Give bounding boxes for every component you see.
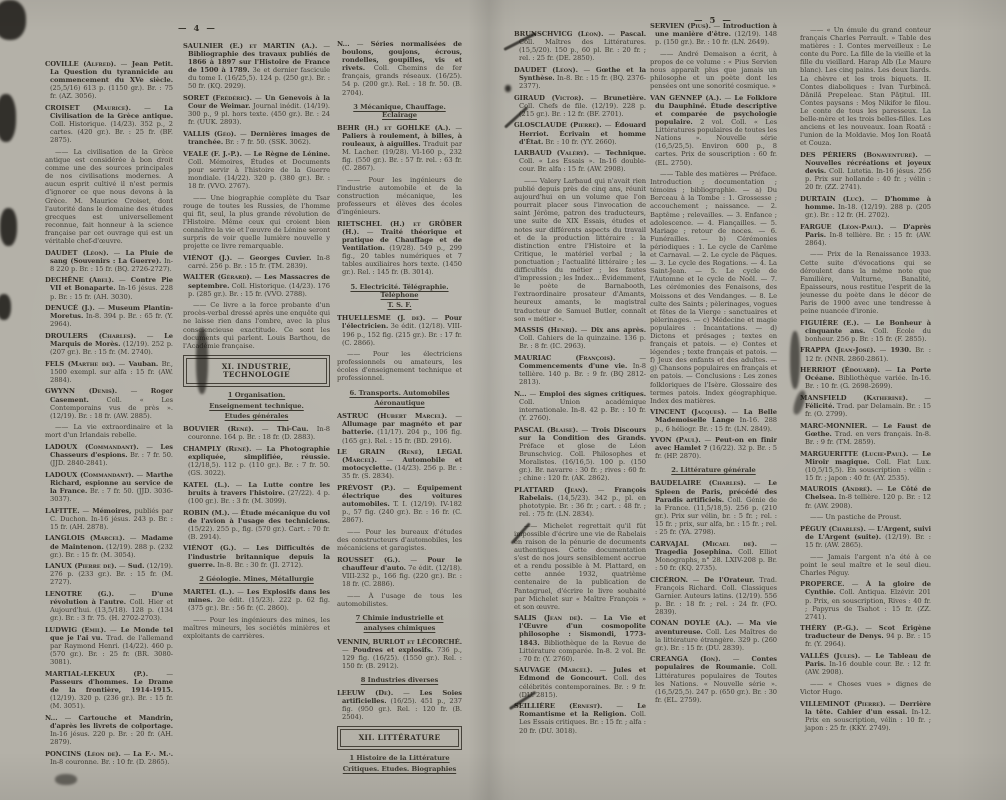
entry-author: MAURIAC (François).	[514, 354, 615, 362]
catalog-entry: ASTRUC (Hubert Marcel). — Allumage par m…	[337, 412, 462, 444]
section-heading-text: 8 Industries diverses	[361, 676, 438, 684]
entry-title: Emploi des signes critiques.	[539, 390, 646, 398]
catalog-entry: THÉRY (P.-G.). — Scot Érigène traducteur…	[800, 624, 931, 648]
entry-author: DENUCÉ (J.).	[45, 304, 95, 312]
section-heading-line: Etudes générales	[183, 412, 330, 420]
entry-title: Vauban.	[129, 360, 159, 368]
catalog-entry: FARGUE (Léon-Paul). — D'après Paris. In-…	[800, 223, 931, 247]
entry-author: SAULNIER (E.) et MARTIN (A.).	[183, 42, 317, 50]
entry-author: CARVAJAL (Micael de).	[650, 540, 757, 548]
section-heading-line: 7 Chimie industrielle et	[337, 614, 462, 622]
entry-author: PRÉVOST (P.).	[337, 484, 395, 492]
entry-author: YVON (Paul).	[650, 436, 701, 444]
section-heading-text: 7 Chimie industrielle et	[356, 614, 444, 622]
entry-author: DROULERS (Charles).	[45, 332, 136, 340]
section-title-box: XII. LITTÉRATURE	[340, 729, 459, 747]
entry-author: VALLIS (Géo).	[183, 130, 236, 138]
entry-author: N...	[337, 40, 349, 48]
catalog-entry: LAFITTE. — Mémoires, publiés par C. Duch…	[45, 507, 173, 531]
page4-column-1: COVILLE (Alfred). — Jean Petit. La Quest…	[45, 60, 173, 774]
entry-author: LENOTRE (G.).	[45, 590, 114, 598]
ink-stain	[0, 0, 26, 40]
ink-stain	[55, 774, 77, 785]
entry-title: Bibliographie des travaux publiés de 186…	[188, 50, 330, 74]
page-number-left: — 4 —	[178, 24, 217, 34]
catalog-entry: CICÉRON. — De l'Orateur. Trad. François …	[650, 576, 777, 616]
catalog-entry: DECHÊNE (Abel). — Contre Pie VII et Bona…	[45, 276, 173, 300]
entry-title: Paliers à roulement, à billes, à rouleau…	[342, 132, 462, 148]
page5-column-1: BRUNSCHVICG (Léon). — Pascal. Coll. Maît…	[514, 30, 646, 778]
entry-author: CICÉRON.	[650, 576, 688, 584]
entry-author: THUELLESME (J. de).	[337, 314, 425, 322]
entry-annotation: —— À l'usage de tous les automobilistes.	[337, 592, 462, 608]
catalog-entry: VENNIN, BURLOT et LÉCORCHÉ. — Poudres et…	[337, 638, 462, 670]
catalog-entry: PLATTARD (Jean). — François Rabelais. (1…	[514, 486, 646, 518]
section-heading-line: 3 Mécanique, Chauffage. Eclairage	[337, 103, 462, 119]
entry-author: SAUVAGE (Marcel).	[514, 666, 592, 674]
catalog-entry: MANSFIELD (Katherine). — Félicité. Trad.…	[800, 394, 931, 418]
entry-author: VINCENT (Jacques).	[650, 408, 726, 416]
section-heading: 3 Mécanique, Chauffage. Eclairage	[337, 103, 462, 119]
section-heading-text: 3 Mécanique, Chauffage. Eclairage	[353, 103, 445, 119]
entry-author: MASSIS (Henri).	[514, 326, 577, 334]
catalog-entry: FELS (Marthe de). — Vauban. Br., 1500 ex…	[45, 360, 173, 384]
section-heading-text: 2 Géologie. Mines, Métallurgie	[199, 575, 314, 583]
entry-author: LANGLOIS (Marcel).	[45, 534, 125, 542]
catalog-entry: LANUX (Pierre de). — Sud. (12/19). 276 p…	[45, 562, 173, 586]
catalog-entry: ROBIN (M.). — Étude mécanique du vol de …	[183, 509, 330, 541]
entry-author: SEILLIÈRE (Ernest).	[514, 702, 602, 710]
catalog-entry: THUELLESME (J. de). — Pour l'électricien…	[337, 314, 462, 346]
entry-author: LANUX (Pierre de).	[45, 562, 117, 570]
entry-annotation: —— Pour les ingénieurs des mines, les ma…	[183, 616, 330, 640]
entry-author: BAUDELAIRE (Charles).	[650, 479, 746, 487]
catalog-entry: VILLEMINOT (Pierre). — Derrière la tête.…	[800, 700, 931, 732]
section-heading-text: Etudes générales	[225, 412, 289, 420]
catalog-entry: LARBAUD (Valéry). — Technique. Coll. « L…	[514, 149, 646, 173]
catalog-entry: VIÉNOT (G.). — Les Difficultés de l'indu…	[183, 544, 330, 568]
catalog-entry: GIRAUD (Victor). — Brunetière. Coll. Che…	[514, 94, 646, 118]
entry-title: Georges Cuvier.	[250, 254, 312, 262]
catalog-entry: VALLIS (Géo). — Dernières images de tran…	[183, 130, 330, 146]
entry-title: Passeurs d'hommes. Le Drame de la fronti…	[50, 678, 173, 694]
section-heading: 2 Géologie. Mines, Métallurgie	[183, 575, 330, 583]
catalog-entry: BAUDELAIRE (Charles). — Le Spleen de Par…	[650, 479, 777, 536]
catalog-entry: MARTEL (L.). — Les Explosifs dans les mi…	[183, 588, 330, 612]
catalog-entry: LANGLOIS (Marcel). — Madame de Maintenon…	[45, 534, 173, 558]
catalog-entry: MARTIAL-LEKEUX (P.). — Passeurs d'hommes…	[45, 670, 173, 710]
section-heading-line: 6. Transports. Automobiles	[337, 389, 462, 397]
entry-title: Allumage par magnéto et par batterie.	[342, 420, 462, 436]
catalog-entry: DURTAIN (Luc). — D'homme à homme. In-18.…	[800, 195, 931, 219]
ink-stain	[790, 331, 800, 389]
entry-author: DAUDET (Léon).	[45, 249, 109, 257]
entry-author: VEALE (F. J.-P.).	[183, 150, 242, 158]
entry-author: VAN GENNEP (A.).	[650, 94, 721, 102]
catalog-entry: CONAN DOYLE (A.). — Ma vie aventureuse. …	[650, 619, 777, 651]
entry-annotation: —— La civilisation de la Grèce antique e…	[45, 148, 173, 245]
catalog-entry: MASSIS (Henri). — Dix ans après. Coll. C…	[514, 326, 646, 350]
catalog-entry: N... — Emploi des signes critiques. Coll…	[514, 390, 646, 422]
section-heading-text: Aéronautique	[374, 399, 424, 407]
entry-author: LADOUX (Commandant).	[45, 443, 139, 451]
entry-author: GIRAUD (Victor).	[514, 94, 584, 102]
entry-annotation: —— André Demaison a écrit, à propos de c…	[650, 50, 777, 90]
catalog-entry: PONCINS (Léon de). — La F.·. M.·. In-8 c…	[45, 750, 173, 766]
catalog-entry: WALTER (Gérard). — Les Massacres de sept…	[183, 273, 330, 297]
entry-title: Félicité.	[805, 402, 835, 410]
catalog-entry: CREANGA (Ion). — Contes populaires de Ro…	[650, 655, 777, 704]
entry-title: Dix ans après.	[591, 326, 646, 334]
section-heading-text: 5. Electricité. Télégraphie. Téléphone	[350, 283, 448, 299]
catalog-entry: MAURIAC (François). — Commencements d'un…	[514, 354, 646, 386]
page4-column-2: SAULNIER (E.) et MARTIN (A.). — Bibliogr…	[183, 42, 330, 776]
entry-author: THÉRY (P.-G.).	[800, 624, 858, 632]
page5-column-3: —— « Un émule du grand conteur français …	[800, 26, 931, 796]
catalog-entry: RIETSCHEL (H.) et GRÖBER (H.). — Traité …	[337, 220, 462, 277]
entry-author: BOUVIER (René).	[183, 425, 254, 433]
catalog-entry: N... — Cartouche et Mandrin, d'après les…	[45, 714, 173, 746]
section-heading-line: 2. Littérature générale	[650, 466, 777, 474]
entry-author: MAUROIS (André).	[800, 485, 872, 493]
entry-title: Traité théorique et pratique de Chauffag…	[342, 228, 462, 252]
entry-author: VIÉNOT (G.).	[183, 544, 236, 552]
entry-title: Commencements d'une vie.	[519, 362, 627, 370]
catalog-entry: PRÉVOST (P.). — Équipement électrique de…	[337, 484, 462, 524]
catalog-entry: YVON (Paul). — Peut-on en finir avec Ham…	[650, 436, 777, 460]
entry-annotation: —— Prix de la Renaissance 1933. Cette su…	[800, 250, 931, 315]
catalog-entry: BOUVIER (René). — Thi-Cau. In-8 couronne…	[183, 425, 330, 441]
section-heading-line: T. S. F.	[337, 301, 462, 309]
entry-title: Sud.	[128, 562, 145, 570]
entry-title: Le Règne de Lénine.	[254, 150, 331, 158]
section-heading-line: analyses chimiques	[337, 624, 462, 632]
section-heading-text: T. S. F.	[387, 301, 411, 309]
catalog-entry: VAN GENNEP (A.). — Le Folklore du Dauphi…	[650, 94, 777, 167]
entry-author: LAFITTE.	[45, 507, 80, 515]
catalog-entry: LEEUW (De). — Les Soies artificielles. (…	[337, 689, 462, 721]
entry-author: MARGUERITTE (Lucie-Paul).	[800, 450, 908, 458]
entry-author: N...	[514, 390, 526, 398]
section-heading-line: Enseignement technique.	[183, 402, 330, 410]
catalog-entry: SORET (Frédéric). — Un Genevois à la Cou…	[183, 94, 330, 126]
catalog-entry: CHAMPLY (René). — La Photographie expliq…	[183, 445, 330, 477]
entry-author: ROUSSET (G.).	[337, 556, 400, 564]
entry-title: Thi-Cau.	[277, 425, 309, 433]
section-heading-line: 5. Electricité. Télégraphie. Téléphone	[337, 283, 462, 299]
entry-author: SORET (Frédéric).	[183, 94, 252, 102]
entry-author: ROBIN (M.).	[183, 509, 230, 517]
section-heading-line: 8 Industries diverses	[337, 676, 462, 684]
ink-stain	[196, 328, 208, 394]
catalog-entry: LUDWIG (Emil). — Le Monde tel que je l'a…	[45, 626, 173, 666]
entry-title: La F.·. M.·.	[133, 750, 173, 758]
entry-author: MARC-MONNIER.	[800, 422, 867, 430]
entry-author: KATEL (L.).	[183, 481, 230, 489]
catalog-entry: VINCENT (Jacques). — La Belle Mademoisel…	[650, 408, 777, 432]
entry-annotation: —— « Un émule du grand conteur français …	[800, 26, 931, 147]
entry-author: DAUDET (Léon).	[514, 66, 578, 74]
entry-annotation: —— Une biographie complète du Tsar rouge…	[183, 194, 330, 251]
ink-stain	[0, 208, 17, 246]
section-heading: 2. Littérature générale	[650, 466, 777, 474]
entry-annotation: —— Valery Larbaud qui n'avait rien publi…	[514, 177, 646, 323]
catalog-entry: SAULNIER (E.) et MARTIN (A.). — Bibliogr…	[183, 42, 330, 91]
entry-author: CONAN DOYLE (A.).	[650, 619, 732, 627]
catalog-entry: LENOTRE (G.). — D'une révolution à l'aut…	[45, 590, 173, 622]
section-heading-line: 1 Histoire de la Littérature	[337, 754, 462, 762]
entry-annotation: —— Pour les électriciens professionnels …	[337, 350, 462, 382]
entry-annotation: —— Un pastiche de Proust.	[800, 513, 931, 521]
entry-author: PÉGUY (Charles).	[800, 525, 866, 533]
entry-author: HERRIOT (Édouard).	[800, 366, 880, 374]
catalog-entry: DAUDET (Léon). — Gœthe et la Synthèse. I…	[514, 66, 646, 90]
entry-author: PLATTARD (Jean).	[514, 486, 588, 494]
catalog-entry: SERVIEN (Pius). — Introduction à une man…	[650, 22, 777, 46]
catalog-entry: PROPERCE. — À la gloire de Cynthie. Coll…	[800, 580, 931, 620]
entry-author: PROPERCE.	[800, 580, 844, 588]
catalog-entry: ROUSSET (G.). — Pour le chauffeur d'auto…	[337, 556, 462, 588]
entry-title: Nouvelles récréations et joyeux devis.	[805, 159, 931, 175]
page4-column-3: N... — Séries normalisées de boulons, go…	[337, 40, 462, 776]
section-heading-text: 2. Littérature générale	[671, 466, 755, 474]
catalog-entry: DAUDET (Léon). — La Pluie de sang (Souve…	[45, 249, 173, 273]
ink-stain	[0, 94, 16, 142]
entry-annotation: —— Pour les ingénieurs de l'industrie au…	[337, 176, 462, 216]
catalog-entry: MARC-MONNIER. — Le Faust de Gœthe. Trad.…	[800, 422, 931, 446]
section-heading-line: 2 Géologie. Mines, Métallurgie	[183, 575, 330, 583]
catalog-entry: HERRIOT (Édouard). — La Porte Océane. Bi…	[800, 366, 931, 390]
catalog-entry: N... — Séries normalisées de boulons, go…	[337, 40, 462, 97]
catalog-entry: FRAPPA (Jean-José). — 1930. Br. : 12 fr.…	[800, 346, 931, 362]
entry-author: GWYNN (Denis).	[45, 387, 117, 395]
section-heading: 1 Histoire de la LittératureCritiques. E…	[337, 754, 462, 773]
catalog-entry: LE GRAIN (René), LEGAL (Marcel). — Autom…	[337, 448, 462, 480]
catalog-entry: SALIS (Jean de). — La Vie et l'Œuvre d'u…	[514, 614, 646, 663]
scanned-catalog-spread: — 4 — — 5 — COVILLE (Alfred). — Jean Pet…	[0, 0, 1006, 800]
catalog-entry: DROULERS (Charles). — Le Marquis de Morè…	[45, 332, 173, 356]
catalog-entry: PASCAL (Blaise). — Trois Discours sur la…	[514, 426, 646, 483]
entry-author: MARTIAL-LEKEUX (P.).	[45, 670, 148, 678]
entry-author: VILLEMINOT (Pierre).	[800, 700, 885, 708]
entry-author: GLOSCLAUDE (Pierre).	[514, 121, 602, 129]
entry-author: FELS (Marthe de).	[45, 360, 115, 368]
catalog-entry: LADOUX (Commandant). — Les Chasseurs d'e…	[45, 443, 173, 467]
entry-annotation: —— Jamais l'argent n'a été à ce point le…	[800, 553, 931, 577]
catalog-entry: VALLÈS (Jules). — Le Tableau de Paris. I…	[800, 652, 931, 676]
ink-stain	[0, 294, 11, 320]
section-heading-line: 1 Organisation.	[183, 391, 330, 399]
entry-annotation: —— Table des matières — Préface. Introdu…	[650, 170, 777, 405]
entry-author: ASTRUC (Hubert Marcel).	[337, 412, 447, 420]
catalog-entry: COVILLE (Alfred). — Jean Petit. La Quest…	[45, 60, 173, 100]
entry-annotation: —— Michelet regrettait qu'il fût impossi…	[514, 522, 646, 611]
catalog-entry: FIGUIÈRE (E.). — Le Bonheur à cinquante …	[800, 319, 931, 343]
catalog-entry: SEILLIÈRE (Ernest). — Le Romantisme et l…	[514, 702, 646, 734]
section-heading-text: analyses chimiques	[364, 624, 436, 632]
entry-author: FRAPPA (Jean-José).	[800, 346, 876, 354]
entry-author: DES PÉRIERS (Bonaventure).	[800, 151, 918, 159]
catalog-entry: VIÉNOT (J.). — Georges Cuvier. In-8 carr…	[183, 254, 330, 270]
section-heading-text: 1 Histoire de la Littérature	[349, 754, 449, 762]
section-heading: 8 Industries diverses	[337, 676, 462, 684]
catalog-entry: CARVAJAL (Micael de). — Tragedia Josephi…	[650, 540, 777, 572]
entry-title: Brunetière.	[603, 94, 646, 102]
catalog-entry: LADOUX (Commandant). — Marthe Richard, e…	[45, 471, 173, 503]
entry-title: Pascal.	[620, 30, 646, 38]
ink-stain	[505, 85, 511, 92]
entry-author: PASCAL (Blaise).	[514, 426, 578, 434]
entry-title: Cartouche et Mandrin, d'après les livret…	[50, 714, 173, 730]
catalog-entry: BEHR (H.) et GOHLKE (A.). — Paliers à ro…	[337, 124, 462, 173]
entry-title: Technique.	[606, 149, 646, 157]
entry-author: LUDWIG (Emil).	[45, 626, 106, 634]
section-heading-text: 6. Transports. Automobiles	[349, 389, 449, 397]
entry-title: De l'Orateur.	[704, 576, 754, 584]
entry-annotation: —— La vie extraordinaire et la mort d'un…	[45, 423, 173, 439]
section-heading-text: Enseignement technique.	[209, 402, 304, 410]
entry-author: CHAMPLY (René).	[183, 445, 251, 453]
entry-author: MANSFIELD (Katherine).	[800, 394, 908, 402]
catalog-entry: DES PÉRIERS (Bonaventure). — Nouvelles r…	[800, 151, 931, 191]
section-heading-line: Aéronautique	[337, 399, 462, 407]
section-heading: 5. Electricité. Télégraphie. TéléphoneT.…	[337, 283, 462, 310]
entry-author: COVILLE (Alfred).	[45, 60, 116, 68]
entry-title: Poudres et explosifs.	[353, 646, 433, 654]
entry-author: LADOUX (Commandant).	[45, 471, 134, 479]
entry-author: VENNIN, BURLOT et LÉCORCHÉ.	[337, 638, 462, 646]
entry-author: SALIS (Jean de).	[514, 614, 583, 622]
entry-author: FARGUE (Léon-Paul).	[800, 223, 883, 231]
entry-annotation: —— « Choses vues » dignes de Victor Hugo…	[800, 680, 931, 696]
entry-author: CREANGA (Ion).	[650, 655, 721, 663]
entry-author: WALTER (Gérard).	[183, 273, 252, 281]
section-heading-line: Critiques. Etudes. Biographies	[337, 765, 462, 773]
entry-author: PONCINS (Léon de).	[45, 750, 121, 758]
entry-author: LARBAUD (Valéry).	[514, 149, 589, 157]
catalog-entry: KATEL (L.). — La Lutte contre les bruits…	[183, 481, 330, 505]
entry-title: Tragedia Josephina.	[655, 548, 732, 556]
entry-title: 1930.	[890, 346, 911, 354]
entry-author: VALLÈS (Jules).	[800, 652, 860, 660]
catalog-entry: GWYNN (Denis). — Roger Casement. Coll. «…	[45, 387, 173, 419]
entry-author: CROISET (Maurice).	[45, 104, 131, 112]
page5-column-2: SERVIEN (Pius). — Introduction à une man…	[650, 22, 777, 778]
entry-author: BEHR (H.) et GOHLKE (A.).	[337, 124, 451, 132]
catalog-entry: VEALE (F. J.-P.). — Le Règne de Lénine. …	[183, 150, 330, 190]
entry-title: Séries normalisées de boulons, goujons, …	[342, 40, 462, 72]
section-heading-text: 1 Organisation.	[228, 391, 285, 399]
catalog-entry: MARGUERITTE (Lucie-Paul). — Le Miroir ma…	[800, 450, 931, 482]
entry-author: LEEUW (De).	[337, 689, 393, 697]
catalog-entry: DENUCÉ (J.). — Museum Plantin-Moretus. I…	[45, 304, 173, 328]
catalog-entry: MAUROIS (André). — Le Côté de Chelsea. I…	[800, 485, 931, 509]
section-heading: 7 Chimie industrielle etanalyses chimiqu…	[337, 614, 462, 633]
catalog-entry: CROISET (Maurice). — La Civilisation de …	[45, 104, 173, 144]
entry-author: SERVIEN (Pius).	[650, 22, 711, 30]
section-heading: 6. Transports. AutomobilesAéronautique	[337, 389, 462, 408]
entry-author: FIGUIÈRE (E.).	[800, 319, 859, 327]
entry-author: VIÉNOT (J.).	[183, 254, 232, 262]
entry-author: DECHÊNE (Abel).	[45, 276, 114, 284]
section-heading: 1 Organisation.Enseignement technique.Et…	[183, 391, 330, 420]
catalog-entry: GLOSCLAUDE (Pierre). — Édouard Herriot. …	[514, 121, 646, 145]
entry-annotation: —— Pour les bureaux d'études des constru…	[337, 528, 462, 552]
catalog-entry: PÉGUY (Charles). — L'Argent, suivi de L'…	[800, 525, 931, 549]
entry-author: MARTEL (L.).	[183, 588, 234, 596]
entry-author: N...	[45, 714, 57, 722]
section-heading-text: Critiques. Etudes. Biographies	[343, 765, 456, 773]
entry-title: Mémoires,	[92, 507, 131, 515]
entry-author: DURTAIN (Luc).	[800, 195, 864, 203]
